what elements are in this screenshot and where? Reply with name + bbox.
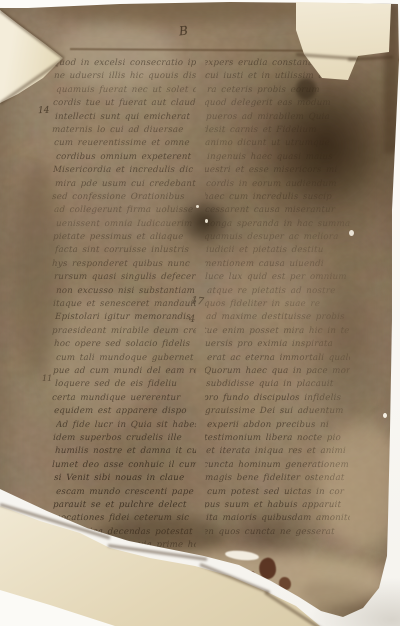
manuscript-photograph: Quod in excelsi consecratio ipsane uduer…	[0, 0, 400, 626]
worm-hole	[383, 413, 387, 418]
white-speck	[349, 230, 354, 236]
margin-mark: 4	[189, 314, 195, 325]
margin-mark: 11	[42, 374, 52, 383]
white-speck	[196, 205, 199, 208]
margin-mark: B	[178, 24, 188, 39]
margin-mark: 17	[190, 295, 204, 308]
white-speck	[205, 219, 208, 223]
margin-mark: 14	[38, 106, 50, 116]
